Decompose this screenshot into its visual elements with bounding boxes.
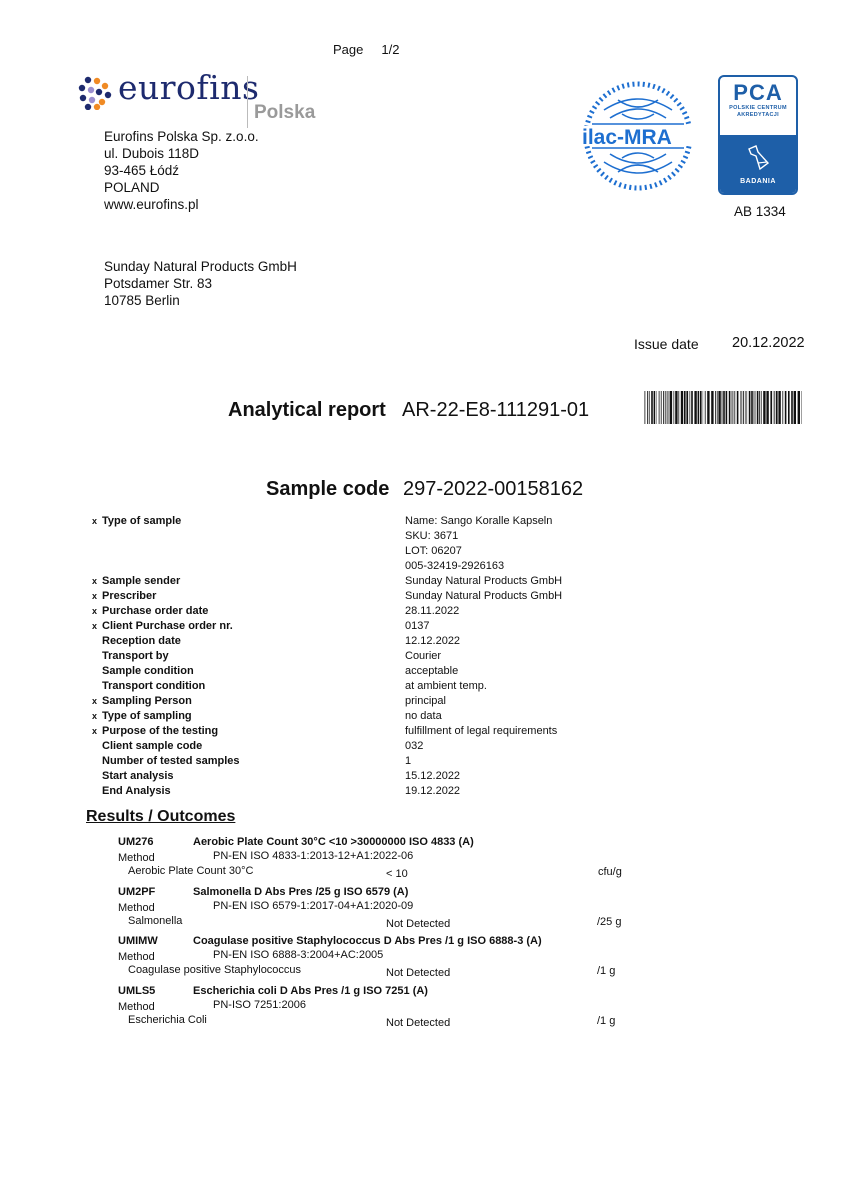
info-label: Purchase order date [102,604,405,619]
client-address: Sunday Natural Products GmbH Potsdamer S… [104,258,297,309]
lab-address-line: Eurofins Polska Sp. z.o.o. [104,128,259,145]
info-value-line: no data [405,709,652,724]
info-value: fulfillment of legal requirements [405,724,652,739]
result-unit: cfu/g [598,866,622,878]
accreditation-mark: x [92,514,102,574]
test-name: Aerobic Plate Count 30°C <10 >30000000 I… [193,836,474,848]
test-code: UMIMW [118,935,158,947]
client-address-line: Potsdamer Str. 83 [104,275,297,292]
info-value: Name: Sango Koralle KapselnSKU: 3671LOT:… [405,514,652,574]
accreditation-mark [92,739,102,754]
info-row: xPurpose of the testingfulfillment of le… [92,724,652,739]
accreditation-mark: x [92,604,102,619]
result-value: Not Detected [386,918,450,930]
info-value: 19.12.2022 [405,784,652,799]
method-value: PN-ISO 7251:2006 [213,999,306,1011]
info-value-line: Courier [405,649,652,664]
info-row: xType of samplingno data [92,709,652,724]
accreditation-mark [92,769,102,784]
info-row: End Analysis19.12.2022 [92,784,652,799]
info-value: 28.11.2022 [405,604,652,619]
ilac-mra-logo: ilac-MRA [582,80,694,192]
info-label: Purpose of the testing [102,724,405,739]
logo-brand: eurofins [118,68,259,107]
pca-subtitle-2: AKREDYTACJI [720,112,796,119]
test-result: UMLS5Escherichia coli D Abs Pres /1 g IS… [118,985,648,1035]
info-row: xType of sampleName: Sango Koralle Kapse… [92,514,652,574]
info-label: Transport condition [102,679,405,694]
info-value-line: Name: Sango Koralle Kapseln [405,514,652,529]
lab-address: Eurofins Polska Sp. z.o.o. ul. Dubois 11… [104,128,259,213]
barcode [644,391,802,424]
accreditation-mark: x [92,694,102,709]
method-value: PN-EN ISO 4833-1:2013-12+A1:2022-06 [213,850,413,862]
info-row: Transport conditionat ambient temp. [92,679,652,694]
method-label: Method [118,852,155,864]
info-row: xSampling Personprincipal [92,694,652,709]
info-value: Courier [405,649,652,664]
client-address-line: Sunday Natural Products GmbH [104,258,297,275]
accreditation-mark [92,679,102,694]
test-name: Salmonella D Abs Pres /25 g ISO 6579 (A) [193,886,408,898]
info-row: Reception date12.12.2022 [92,634,652,649]
method-label: Method [118,951,155,963]
results-list: UM276Aerobic Plate Count 30°C <10 >30000… [118,836,648,1034]
accreditation-number: AB 1334 [734,204,786,219]
parameter-name: Coagulase positive Staphylococcus [128,964,301,976]
info-value: 12.12.2022 [405,634,652,649]
info-value: 1 [405,754,652,769]
pca-badge-area: BADANIA [720,135,796,193]
accreditation-mark [92,784,102,799]
logo-divider [247,76,248,128]
test-name: Escherichia coli D Abs Pres /1 g ISO 725… [193,985,428,997]
info-row: Number of tested samples1 [92,754,652,769]
eurofins-dots-icon [78,76,114,110]
accreditation-mark: x [92,724,102,739]
info-row: Start analysis15.12.2022 [92,769,652,784]
page-value: 1/2 [381,42,399,57]
method-label: Method [118,1001,155,1013]
info-label: Type of sample [102,514,405,574]
info-label: Sample condition [102,664,405,679]
info-value: no data [405,709,652,724]
lab-website[interactable]: www.eurofins.pl [104,196,259,213]
info-value-line: 032 [405,739,652,754]
info-label: Sample sender [102,574,405,589]
pca-badge-text: BADANIA [720,178,796,185]
info-value: principal [405,694,652,709]
accreditation-mark [92,649,102,664]
info-row: xPrescriberSunday Natural Products GmbH [92,589,652,604]
method-value: PN-EN ISO 6888-3:2004+AC:2005 [213,949,383,961]
info-value: Sunday Natural Products GmbH [405,574,652,589]
test-name: Coagulase positive Staphylococcus D Abs … [193,935,542,947]
info-value-line: 005-32419-2926163 [405,559,652,574]
result-value: < 10 [386,868,408,880]
accreditation-mark [92,754,102,769]
info-value: 032 [405,739,652,754]
accreditation-mark [92,634,102,649]
info-value-line: SKU: 3671 [405,529,652,544]
info-row: xPurchase order date28.11.2022 [92,604,652,619]
page-label: Page [333,42,363,57]
info-value: at ambient temp. [405,679,652,694]
result-unit: /1 g [597,1015,615,1027]
result-value: Not Detected [386,967,450,979]
info-label: Number of tested samples [102,754,405,769]
method-value: PN-EN ISO 6579-1:2017-04+A1:2020-09 [213,900,413,912]
result-unit: /1 g [597,965,615,977]
info-row: Client sample code032 [92,739,652,754]
info-value-line: fulfillment of legal requirements [405,724,652,739]
lab-address-line: POLAND [104,179,259,196]
test-code: UMLS5 [118,985,155,997]
info-value: acceptable [405,664,652,679]
sample-code-label: Sample code [266,478,389,501]
info-value-line: Sunday Natural Products GmbH [405,574,652,589]
test-code: UM2PF [118,886,155,898]
info-value-line: 1 [405,754,652,769]
results-title: Results / Outcomes [86,808,235,826]
info-value: Sunday Natural Products GmbH [405,589,652,604]
sample-code-value: 297-2022-00158162 [403,478,583,501]
info-value-line: 15.12.2022 [405,769,652,784]
info-label: Transport by [102,649,405,664]
parameter-name: Escherichia Coli [128,1014,207,1026]
test-result: UM2PFSalmonella D Abs Pres /25 g ISO 657… [118,886,648,936]
parameter-name: Aerobic Plate Count 30°C [128,865,253,877]
method-label: Method [118,902,155,914]
info-label: Client Purchase order nr. [102,619,405,634]
info-row: Transport byCourier [92,649,652,664]
accreditation-mark: x [92,589,102,604]
info-value-line: acceptable [405,664,652,679]
test-result: UMIMWCoagulase positive Staphylococcus D… [118,935,648,985]
pca-accreditation-logo: PCA POLSKIE CENTRUM AKREDYTACJI BADANIA [718,75,798,195]
eurofins-logo: eurofins Polska [78,74,328,130]
info-value: 15.12.2022 [405,769,652,784]
test-code: UM276 [118,836,153,848]
result-unit: /25 g [597,916,621,928]
info-label: Start analysis [102,769,405,784]
accreditation-mark: x [92,574,102,589]
accreditation-mark [92,664,102,679]
issue-date-value: 20.12.2022 [732,335,805,351]
ilac-text: ilac-MRA [582,126,672,149]
test-result: UM276Aerobic Plate Count 30°C <10 >30000… [118,836,648,886]
info-value-line: at ambient temp. [405,679,652,694]
pca-subtitle-1: POLSKIE CENTRUM [720,105,796,112]
info-value-line: LOT: 06207 [405,544,652,559]
lab-address-line: 93-465 Łódź [104,162,259,179]
info-row: Sample conditionacceptable [92,664,652,679]
logo-country: Polska [254,102,315,124]
result-value: Not Detected [386,1017,450,1029]
pca-title: PCA [720,77,796,105]
sample-info-table: xType of sampleName: Sango Koralle Kapse… [92,514,652,799]
info-value-line: Sunday Natural Products GmbH [405,589,652,604]
accreditation-mark: x [92,619,102,634]
info-label: Type of sampling [102,709,405,724]
lab-flask-icon [743,143,773,173]
client-address-line: 10785 Berlin [104,292,297,309]
report-number: AR-22-E8-111291-01 [402,399,589,422]
parameter-name: Salmonella [128,915,182,927]
report-label: Analytical report [228,399,386,422]
lab-address-line: ul. Dubois 118D [104,145,259,162]
info-row: xSample senderSunday Natural Products Gm… [92,574,652,589]
info-label: End Analysis [102,784,405,799]
issue-date-label: Issue date [634,336,699,352]
info-value-line: principal [405,694,652,709]
info-value-line: 0137 [405,619,652,634]
info-label: Sampling Person [102,694,405,709]
page-number: Page1/2 [333,42,399,57]
info-value-line: 12.12.2022 [405,634,652,649]
info-value: 0137 [405,619,652,634]
info-label: Client sample code [102,739,405,754]
info-label: Prescriber [102,589,405,604]
info-value-line: 19.12.2022 [405,784,652,799]
accreditation-mark: x [92,709,102,724]
info-label: Reception date [102,634,405,649]
info-row: xClient Purchase order nr.0137 [92,619,652,634]
info-value-line: 28.11.2022 [405,604,652,619]
